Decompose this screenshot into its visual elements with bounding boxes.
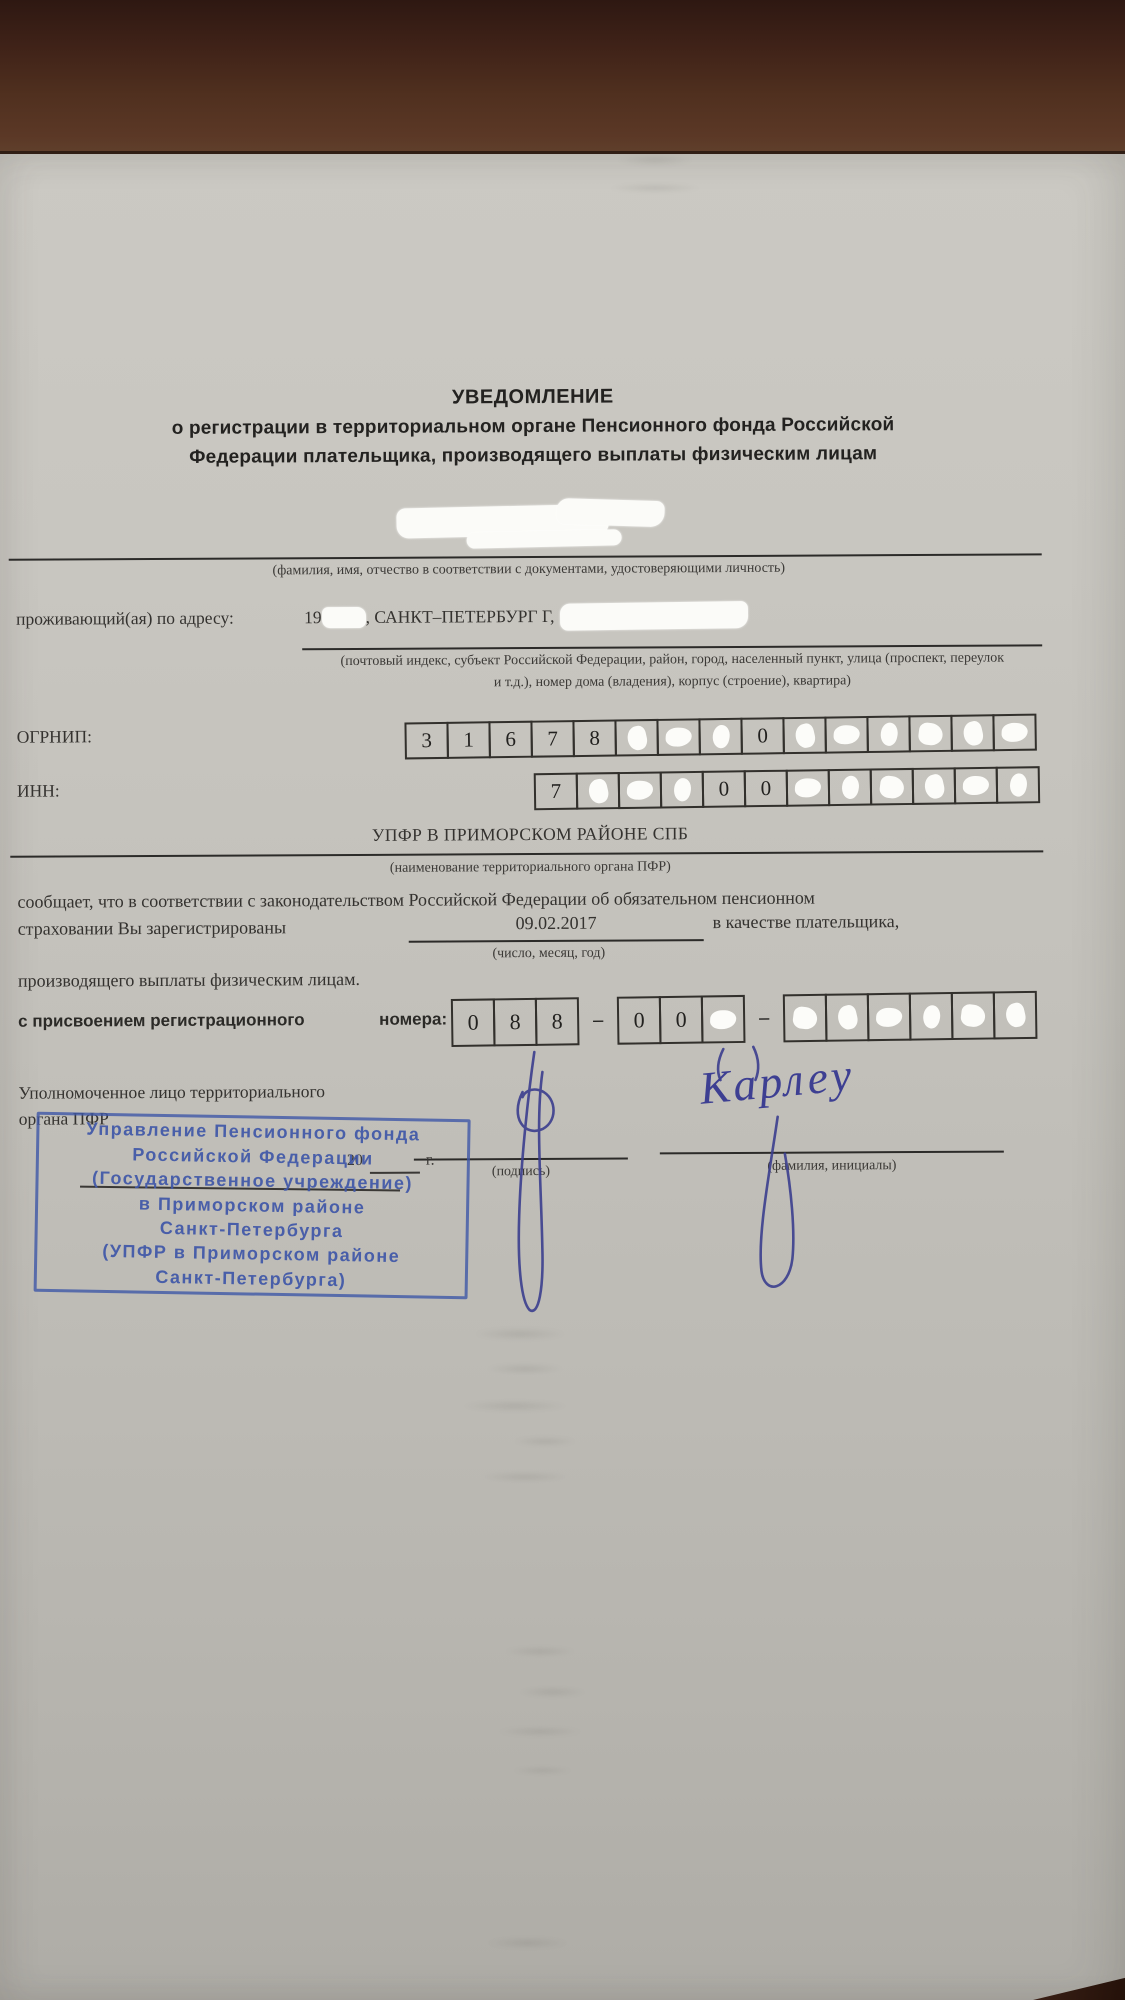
redacted-cell <box>783 994 828 1043</box>
digit-cell: 0 <box>451 998 496 1047</box>
body-line2-left: страховании Вы зарегистрированы <box>18 917 287 939</box>
redaction-blob <box>1001 722 1028 742</box>
redaction-blob <box>961 719 985 747</box>
reg-number-dash: – <box>745 994 784 1043</box>
stamp-text-line: Управление Пенсионного фонда <box>86 1119 420 1146</box>
redacted-cell <box>993 991 1038 1040</box>
body-line1: сообщает, что в соответствии с законодат… <box>17 888 814 913</box>
digit-cell: 0 <box>659 996 704 1045</box>
stamp-text-line: (УПФР в Приморском районе <box>102 1241 400 1267</box>
digit-cell: 8 <box>493 998 538 1047</box>
official-line1: Уполномоченное лицо территориального <box>18 1081 325 1104</box>
stamp-text-line: (Государственное учреждение) <box>92 1168 413 1195</box>
redacted-cell <box>825 993 870 1042</box>
redacted-cell <box>870 768 915 806</box>
form-content: УВЕДОМЛЕНИЕ о регистрации в территориаль… <box>0 0 1125 2000</box>
reg-number-row: 088 – 00 – <box>451 991 1038 1047</box>
reg-number-label: номера: <box>379 1009 447 1029</box>
photo-of-document: УВЕДОМЛЕНИЕ о регистрации в территориаль… <box>0 0 1125 2000</box>
redaction-blob <box>839 774 861 800</box>
name-flourish <box>760 1117 794 1287</box>
redaction-blob <box>1003 1001 1027 1029</box>
redacted-cell <box>951 991 996 1040</box>
redaction-blob <box>917 721 944 746</box>
reg-number-group2: 00 <box>617 995 746 1045</box>
signature-stroke <box>518 1052 544 1311</box>
redaction-mark-postcode <box>321 607 365 628</box>
stamp-text-line: Российской Федерации <box>132 1144 374 1169</box>
redaction-mark-name <box>466 529 621 549</box>
redacted-cell <box>992 714 1037 752</box>
redaction-blob <box>922 772 946 800</box>
pfr-rule <box>10 850 1043 857</box>
digit-cell: 7 <box>530 720 575 758</box>
redacted-cell <box>660 771 705 809</box>
redacted-cell <box>614 719 659 757</box>
redaction-blob <box>879 774 906 799</box>
digit-cell: 0 <box>740 717 785 755</box>
address-rule <box>302 644 1042 650</box>
redacted-cell <box>912 767 957 805</box>
digit-cell: 8 <box>572 720 617 758</box>
stamp-text-line: в Приморском районе <box>139 1193 366 1218</box>
redaction-blob <box>792 1006 819 1031</box>
body-line3: производящего выплаты физическим лицам. <box>18 969 360 992</box>
inn-label: ИНН: <box>17 781 60 802</box>
address-postcode-prefix: 19 <box>304 607 322 628</box>
redacted-cell <box>701 995 746 1044</box>
redacted-cell <box>786 769 831 807</box>
redacted-cell <box>782 717 827 755</box>
redaction-blob <box>1007 772 1029 798</box>
address-value: 19, САНКТ–ПЕТЕРБУРГ Г, <box>304 602 749 631</box>
digit-cell: 3 <box>404 722 449 760</box>
document-subtitle-line2: Федерации плательщика, производящего вып… <box>13 442 1053 469</box>
digit-cell: 1 <box>446 721 491 759</box>
redacted-cell <box>867 993 912 1042</box>
document-subtitle-line1: о регистрации в территориальном органе П… <box>13 413 1053 440</box>
redaction-mark-street <box>560 601 748 631</box>
name-rule <box>660 1151 1004 1155</box>
redaction-blob <box>795 778 822 798</box>
ogrnip-cell-row: 316780 <box>404 714 1036 760</box>
name-caption: (фамилия, инициалы) <box>660 1158 1004 1176</box>
address-label: проживающий(ая) по адресу: <box>16 608 234 630</box>
reg-number-label-bold: с присвоением регистрационного <box>18 1010 305 1031</box>
address-caption-line2: и т.д.), номер дома (владения), корпус (… <box>302 672 1042 692</box>
stamp-text-line: Санкт-Петербурга <box>160 1218 344 1242</box>
redaction-blob <box>586 777 610 805</box>
ogrnip-label: ОГРНИП: <box>17 726 92 747</box>
fio-caption: (фамилия, имя, отчество в соответствии с… <box>14 559 1044 580</box>
redaction-blob <box>960 1003 987 1028</box>
redacted-cell <box>954 767 999 805</box>
reg-number-dash: – <box>579 997 618 1046</box>
redacted-cell <box>618 771 663 809</box>
redaction-blob <box>793 722 817 750</box>
redaction-blob <box>665 727 692 747</box>
redaction-blob <box>835 1004 859 1032</box>
pension-fund-stamp: Управление Пенсионного фондаРоссийской Ф… <box>34 1112 471 1300</box>
redaction-blob <box>878 721 900 747</box>
redaction-blob <box>920 1003 942 1029</box>
body-line2-right: в качестве плательщика, <box>713 911 900 933</box>
redaction-blob <box>625 724 649 752</box>
redaction-blob <box>876 1007 903 1027</box>
redaction-blob <box>833 725 860 745</box>
document-title: УВЕДОМЛЕНИЕ <box>13 383 1053 411</box>
redacted-cell <box>909 992 954 1041</box>
address-caption-line1: (почтовый индекс, субъект Российской Фед… <box>302 650 1042 670</box>
digit-cell: 7 <box>534 773 579 811</box>
redacted-cell <box>698 718 743 756</box>
redaction-blob <box>963 776 990 796</box>
redacted-cell <box>576 772 621 810</box>
inn-cell-row: 700 <box>534 766 1040 810</box>
redacted-cell <box>828 769 873 807</box>
reg-number-group1: 088 <box>451 997 580 1047</box>
date-rule <box>409 939 704 943</box>
digit-cell: 0 <box>617 996 662 1045</box>
redacted-cell <box>824 716 869 754</box>
date-caption: (число, месяц, год) <box>409 945 689 962</box>
redaction-blob <box>710 1009 737 1029</box>
redaction-blob <box>627 780 654 800</box>
address-city: , САНКТ–ПЕТЕРБУРГ Г, <box>365 606 554 628</box>
redacted-cell <box>996 766 1041 804</box>
redacted-cell <box>656 718 701 756</box>
signature-loop <box>518 1089 554 1131</box>
registration-date: 09.02.2017 <box>409 912 704 935</box>
digit-cell: 8 <box>535 997 580 1046</box>
digit-cell: 6 <box>488 721 533 759</box>
digit-cell: 0 <box>702 770 747 808</box>
redacted-cell <box>908 715 953 753</box>
redacted-cell <box>950 714 995 752</box>
redaction-blob <box>710 723 732 749</box>
redaction-blob <box>671 776 693 802</box>
reg-number-group3 <box>783 991 1038 1043</box>
pfr-caption: (наименование территориального органа ПФ… <box>15 857 1045 878</box>
stamp-text-line: Санкт-Петербурга) <box>155 1266 346 1290</box>
digit-cell: 0 <box>744 770 789 808</box>
redaction-mark-name <box>556 498 665 527</box>
handwritten-surname: Карлеу <box>697 1048 856 1115</box>
redacted-cell <box>866 715 911 753</box>
pfr-office-name: УПФР В ПРИМОРСКОМ РАЙОНЕ СПБ <box>15 821 1045 847</box>
